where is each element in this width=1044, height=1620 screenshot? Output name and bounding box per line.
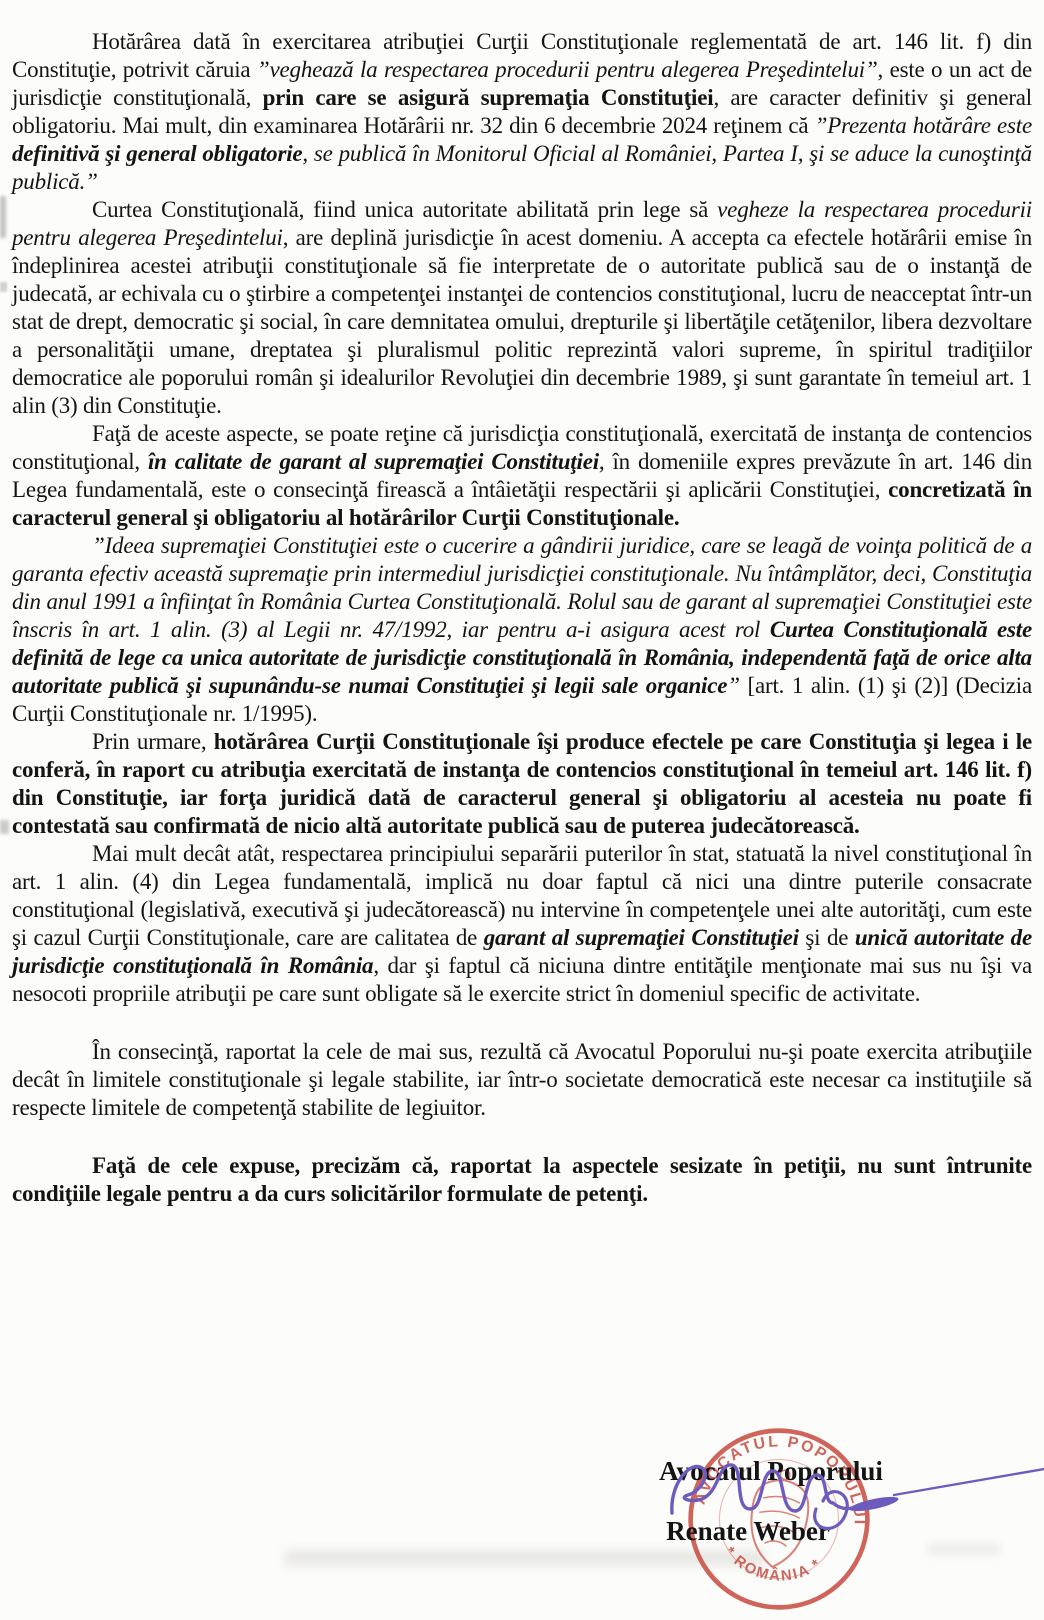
text-run: În consecinţă, raportat la cele de mai s… (12, 1039, 1032, 1120)
paragraph-3: Faţă de aceste aspecte, se poate reţine … (12, 420, 1032, 532)
text-run: prin care se asigură supremaţia Constitu… (263, 85, 714, 110)
text-run: Prin urmare, (92, 729, 214, 754)
text-run: Faţă de cele expuse, precizăm că, raport… (12, 1153, 1032, 1206)
paragraph-8: Faţă de cele expuse, precizăm că, raport… (12, 1152, 1032, 1208)
text-run: garant al supremaţiei Constituţiei (484, 925, 799, 950)
document-page: Hotărârea dată în exercitarea atribuţiei… (0, 0, 1044, 1620)
text-run: definitivă şi general obligatorie (12, 141, 302, 166)
paragraph-5: Prin urmare, hotărârea Curţii Constituţi… (12, 728, 1032, 840)
text-run: în calitate de garant al supremaţiei Con… (148, 449, 599, 474)
paragraph-2: Curtea Constituţională, fiind unica auto… (12, 196, 1032, 420)
scan-artifact (0, 282, 7, 292)
handwritten-signature (630, 1425, 1044, 1545)
paragraph-7: În consecinţă, raportat la cele de mai s… (12, 1038, 1032, 1122)
paragraph-4: ”Ideea supremaţiei Constituţiei este o c… (12, 532, 1032, 728)
scan-artifact (0, 820, 9, 834)
text-run: Curtea Constituţională, fiind unica auto… (92, 197, 717, 222)
text-run: , are deplină jurisdicţie în acest domen… (12, 225, 1032, 418)
text-run: şi de (799, 925, 855, 950)
text-run: ” (727, 673, 740, 698)
signature-ink-blob (849, 1494, 900, 1514)
scan-artifact (0, 196, 6, 238)
text-run: ”veghează la respectarea procedurii pent… (257, 57, 878, 82)
paragraph-1: Hotărârea dată în exercitarea atribuţiei… (12, 28, 1032, 196)
text-run: ”Prezenta hotărâre este (815, 113, 1032, 138)
paragraph-6: Mai mult decât atât, respectarea princip… (12, 840, 1032, 1008)
document-body: Hotărârea dată în exercitarea atribuţiei… (12, 28, 1032, 1208)
